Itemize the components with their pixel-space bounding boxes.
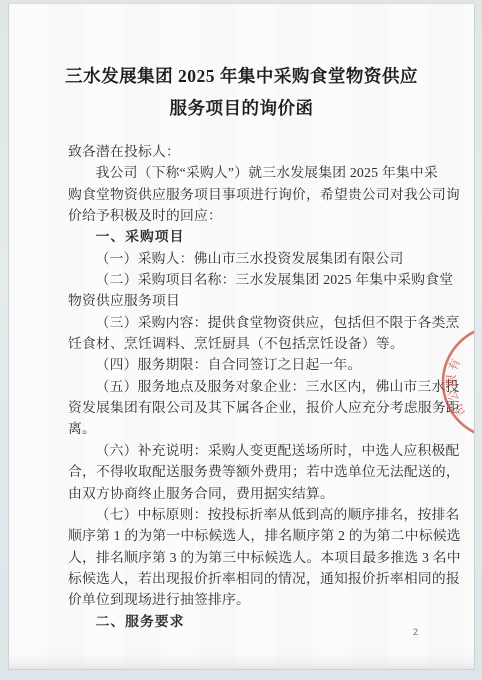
document-line: 由双方协商终止服务合同，费用据实结算。 bbox=[68, 483, 464, 504]
title-line-2: 服务项目的询价函 bbox=[9, 92, 474, 124]
document-line: （六）补充说明：采购人变更配送场所时，中选人应积极配 bbox=[68, 440, 464, 461]
document-page: 三水发展集团 2025 年集中采购食堂物资供应 服务项目的询价函 致各潜在投标人… bbox=[8, 3, 475, 670]
document-line: （四）服务期限：自合同签订之日起一年。 bbox=[68, 354, 464, 375]
document-line: （七）中标原则：按投标折率从低到高的顺序排名，按排名 bbox=[68, 504, 464, 525]
document-line: （五）服务地点及服务对象企业：三水区内，佛山市三水投 bbox=[68, 376, 464, 397]
document-line: 标候选人，若出现报价折率相同的情况，通知报价折率相同的报 bbox=[68, 568, 464, 589]
document-line: （三）采购内容：提供食堂物资供应，包括但不限于各类烹 bbox=[68, 312, 464, 333]
page-number: 2 bbox=[413, 627, 418, 637]
section-heading-1: 一、采购项目 bbox=[68, 226, 464, 247]
section-heading-2: 二、服务要求 bbox=[68, 611, 464, 632]
scanned-document-canvas: 三水发展集团 2025 年集中采购食堂物资供应 服务项目的询价函 致各潜在投标人… bbox=[0, 0, 482, 680]
document-line: 物资供应服务项目 bbox=[68, 290, 464, 311]
document-line: （二）采购项目名称：三水发展集团 2025 年集中采购食堂 bbox=[68, 269, 464, 290]
document-line: 饪食材、烹饪调料、烹饪厨具（不包括烹饪设备）等。 bbox=[68, 333, 464, 354]
document-title: 三水发展集团 2025 年集中采购食堂物资供应 服务项目的询价函 bbox=[9, 60, 474, 124]
document-line: 合，不得收取配送服务费等额外费用；若中选单位无法配送的， bbox=[68, 461, 464, 482]
document-line: 人，排名顺序第 3 的为第三中标候选人。本项目最多推选 3 名中 bbox=[68, 547, 464, 568]
document-line: 离。 bbox=[68, 418, 464, 439]
document-line: （一）采购人：佛山市三水投资发展集团有限公司 bbox=[68, 248, 464, 269]
title-line-1: 三水发展集团 2025 年集中采购食堂物资供应 bbox=[9, 60, 474, 92]
document-line: 价单位到现场进行抽签排序。 bbox=[68, 589, 464, 610]
document-line: 价给予积极及时的回应： bbox=[68, 205, 464, 226]
document-line: 顺序第 1 的为第一中标候选人，排名顺序第 2 的为第二中标候选 bbox=[68, 525, 464, 546]
salutation-line: 致各潜在投标人： bbox=[68, 141, 464, 162]
document-line: 资发展集团有限公司及其下属各企业，报价人应充分考虑服务距 bbox=[68, 397, 464, 418]
document-line: 我公司（下称“采购人”）就三水发展集团 2025 年集中采 bbox=[68, 162, 464, 183]
document-body: 致各潜在投标人： 我公司（下称“采购人”）就三水发展集团 2025 年集中采 购… bbox=[68, 141, 464, 632]
document-line: 购食堂物资供应服务项目事项进行询价，希望贵公司对我公司询 bbox=[68, 184, 464, 205]
